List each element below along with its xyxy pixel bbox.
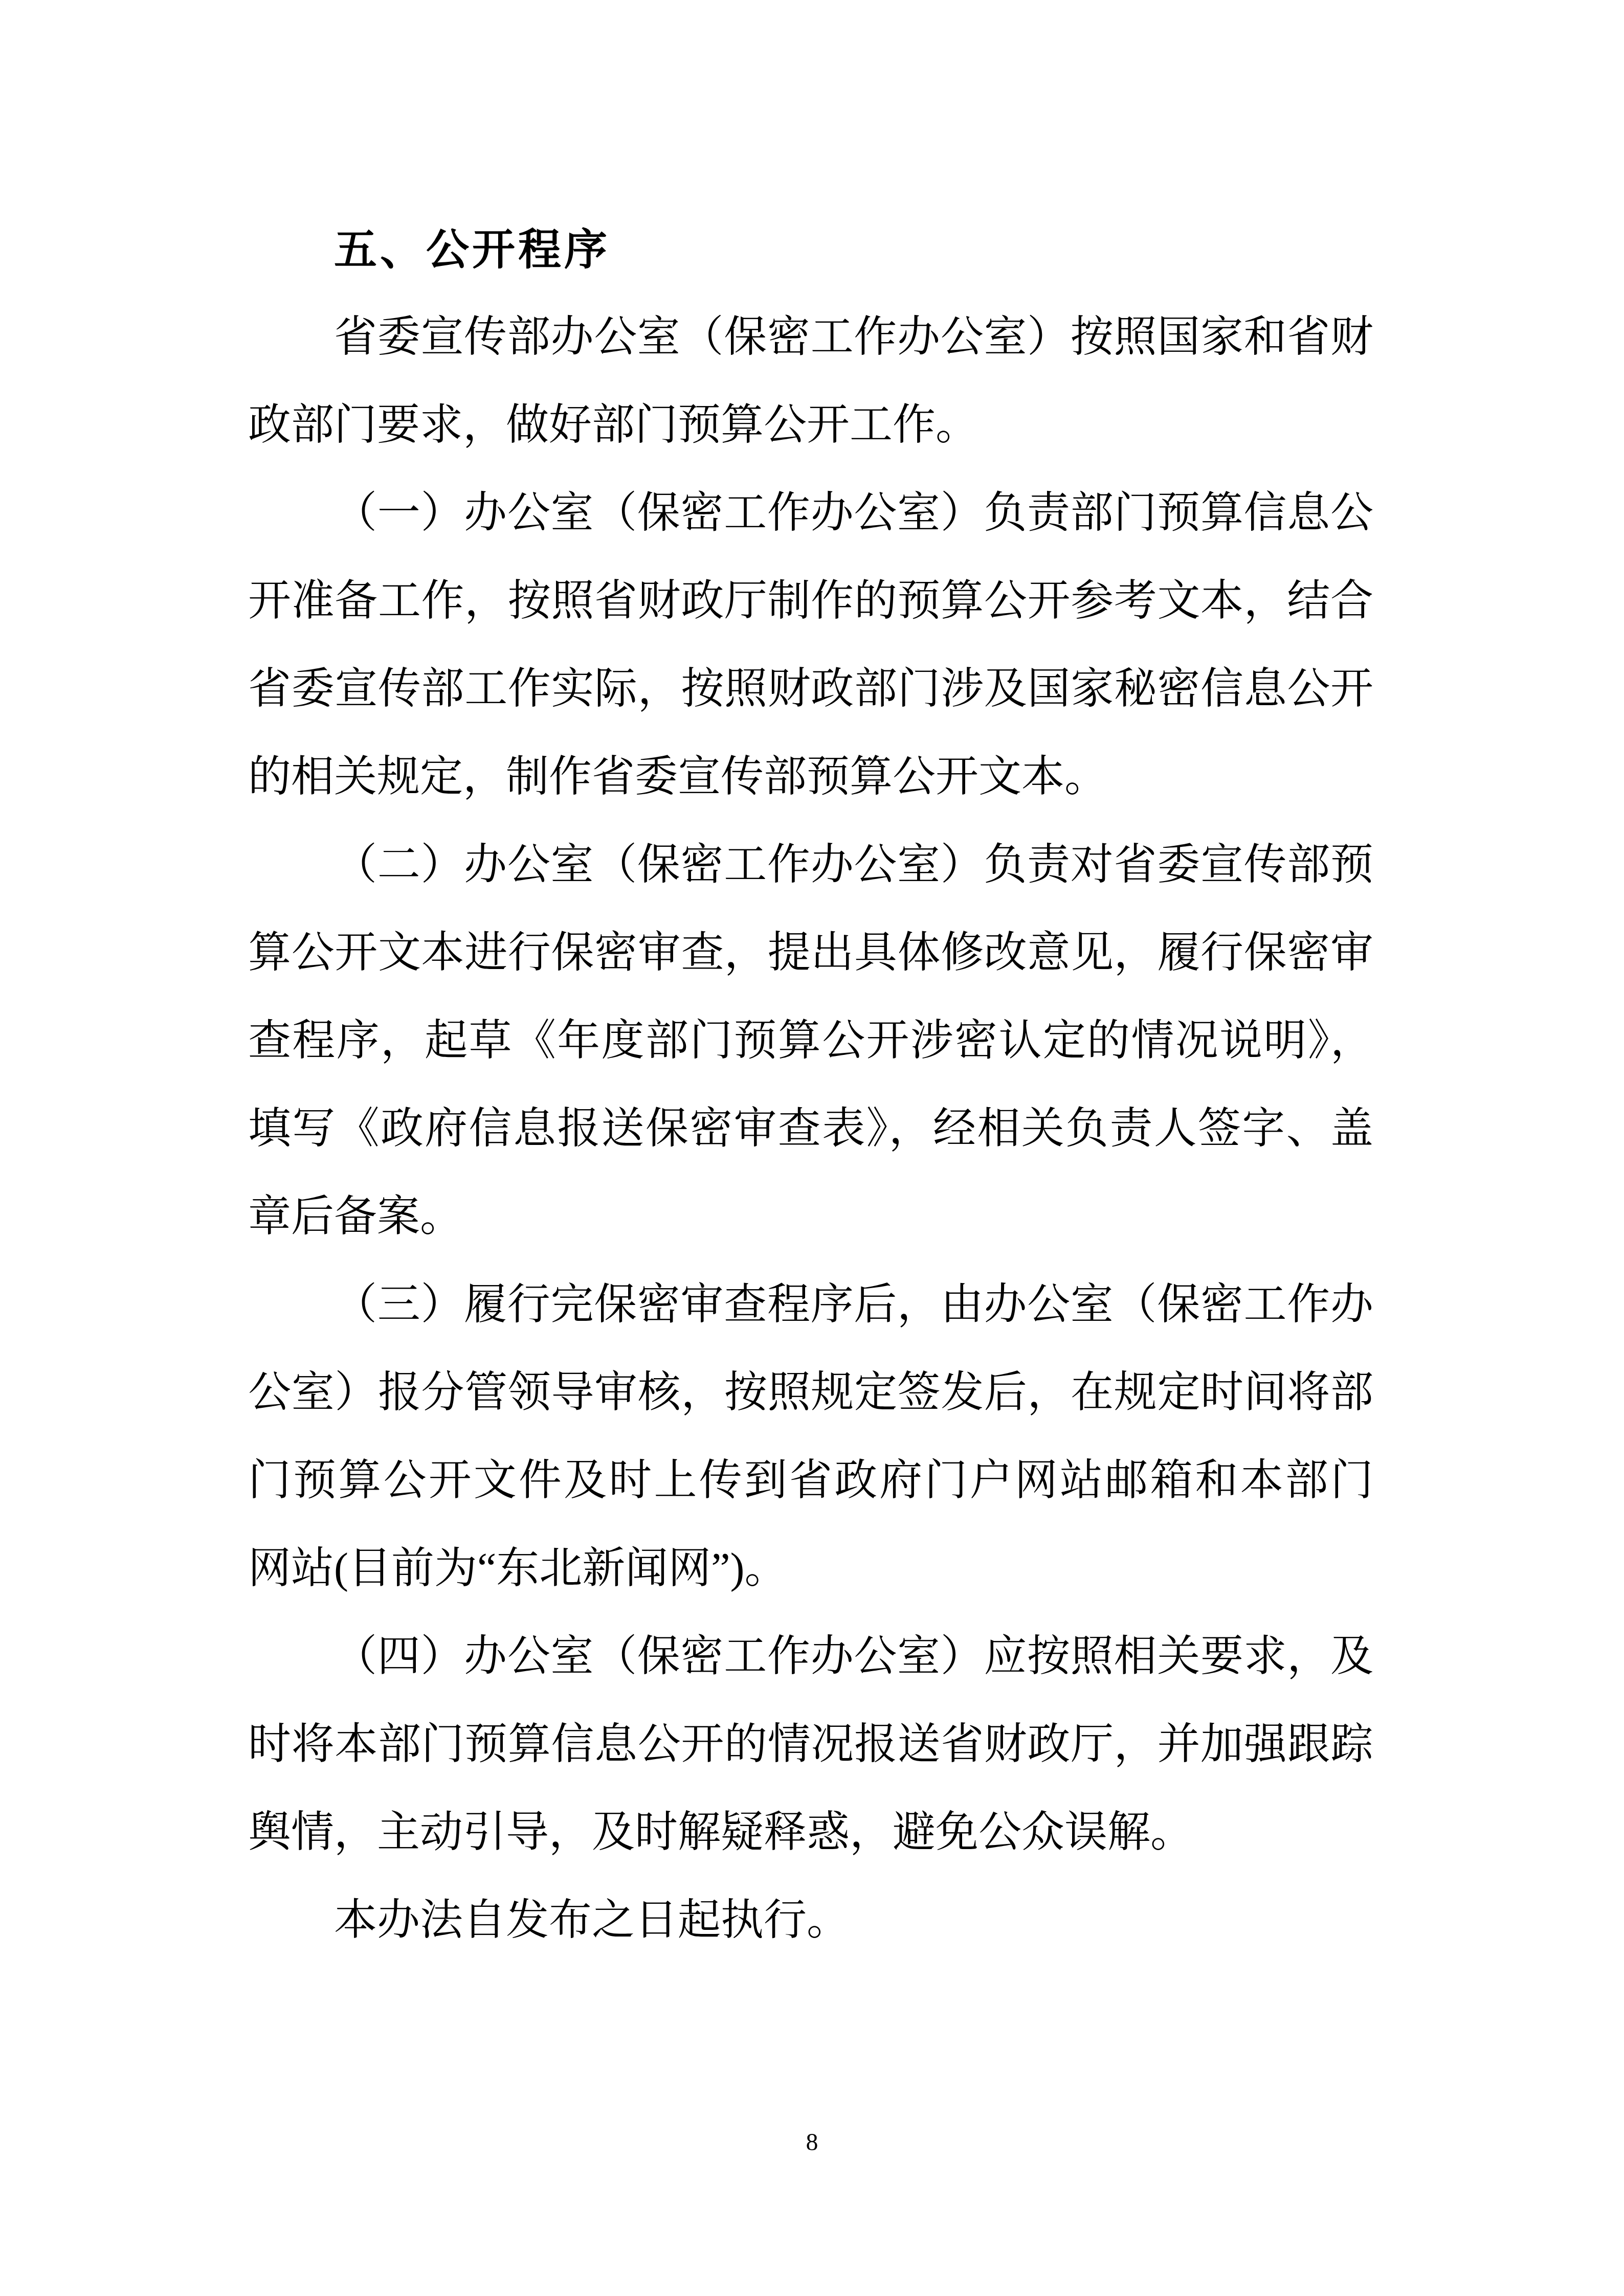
text-line: 填写《政府信息报送保密审查表》，经相关负责人签字、盖 [248,1085,1373,1173]
text-line: 章后备案。 [248,1173,1373,1261]
text-line: 算公开文本进行保密审查，提出具体修改意见，履行保密审 [248,909,1373,997]
text-line: 公室）报分管领导审核，按照规定签发后，在规定时间将部 [248,1349,1373,1437]
text-line: 开准备工作，按照省财政厅制作的预算公开参考文本，结合 [248,557,1373,645]
text-line: 门预算公开文件及时上传到省政府门户网站邮箱和本部门 [248,1437,1373,1525]
text-line: 省委宣传部办公室（保密工作办公室）按照国家和省财 [248,294,1373,381]
text-block: 五、公开程序省委宣传部办公室（保密工作办公室）按照国家和省财政部门要求，做好部门… [248,206,1373,1965]
section-heading: 五、公开程序 [248,206,1373,294]
text-line: 本办法自发布之日起执行。 [248,1877,1373,1965]
text-line: 查程序，起草《年度部门预算公开涉密认定的情况说明》， [248,997,1373,1085]
document-page: 五、公开程序省委宣传部办公室（保密工作办公室）按照国家和省财政部门要求，做好部门… [0,0,1624,2296]
text-line: 网站(目前为“东北新闻网”)。 [248,1525,1373,1613]
text-line: （三）履行完保密审查程序后，由办公室（保密工作办 [248,1261,1373,1349]
text-line: 省委宣传部工作实际，按照财政部门涉及国家秘密信息公开 [248,645,1373,733]
page-footer: 8 [0,2127,1624,2158]
text-line: 的相关规定，制作省委宣传部预算公开文本。 [248,733,1373,821]
text-line: （二）办公室（保密工作办公室）负责对省委宣传部预 [248,821,1373,909]
text-line: （一）办公室（保密工作办公室）负责部门预算信息公 [248,469,1373,557]
text-line: （四）办公室（保密工作办公室）应按照相关要求，及 [248,1613,1373,1701]
text-line: 政部门要求，做好部门预算公开工作。 [248,381,1373,469]
page-number: 8 [806,2129,818,2156]
text-line: 时将本部门预算信息公开的情况报送省财政厅，并加强跟踪 [248,1701,1373,1789]
text-line: 舆情，主动引导，及时解疑释惑，避免公众误解。 [248,1789,1373,1877]
